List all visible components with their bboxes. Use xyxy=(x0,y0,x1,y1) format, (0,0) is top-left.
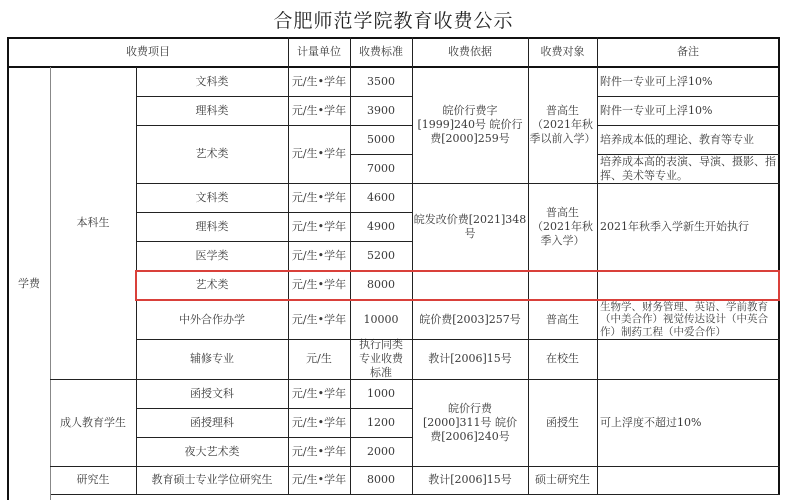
row-basis: 教计[2006]15号 xyxy=(412,339,528,379)
grid-line xyxy=(528,37,529,494)
header-border-bottom xyxy=(8,66,780,68)
grid-line xyxy=(597,37,598,494)
table-border-bottom xyxy=(50,494,780,495)
row-remark: 附件一专业可上浮10% xyxy=(597,96,779,125)
remark-new: 2021年秋季入学新生开始执行 xyxy=(597,183,779,270)
group-graduate: 研究生 xyxy=(50,466,136,494)
grid-line xyxy=(136,67,137,494)
row-standard: 4900 xyxy=(350,212,412,241)
grid-line xyxy=(136,241,412,242)
target-new: 普高生（2021年秋季入学） xyxy=(528,183,597,270)
row-standard: 3900 xyxy=(350,96,412,125)
grid-line xyxy=(136,339,780,340)
header-target: 收费对象 xyxy=(528,37,597,67)
row-target: 普高生 xyxy=(528,300,597,339)
row-name: 教育硕士专业学位研究生 xyxy=(136,466,288,494)
row-unit: 元/生•学年 xyxy=(288,408,350,437)
row-name: 医学类 xyxy=(136,241,288,270)
header-standard: 收费标准 xyxy=(350,37,412,67)
row-name: 函授文科 xyxy=(136,379,288,408)
row-unit: 元/生•学年 xyxy=(288,379,350,408)
row-unit: 元/生•学年 xyxy=(288,183,350,212)
row-name: 中外合作办学 xyxy=(136,300,288,339)
category-tuition: 学费 xyxy=(8,67,50,500)
basis-new: 皖发改价费[2021]348号 xyxy=(412,183,528,270)
grid-line xyxy=(136,125,412,126)
row-unit: 元/生•学年 xyxy=(288,67,350,96)
row-remark: 附件一专业可上浮10% xyxy=(597,67,779,96)
grid-line xyxy=(597,125,780,126)
row-name: 艺术类 xyxy=(136,125,288,183)
header-remark: 备注 xyxy=(597,37,779,67)
basis-adult: 皖价行费[2000]311号 皖价费[2006]240号 xyxy=(412,379,528,466)
row-basis: 教计[2006]15号 xyxy=(412,466,528,494)
grid-line xyxy=(412,37,413,494)
row-name: 文科类 xyxy=(136,67,288,96)
row-target: 硕士研究生 xyxy=(528,466,597,494)
row-standard: 10000 xyxy=(350,300,412,339)
grid-line xyxy=(50,379,780,380)
row-name: 文科类 xyxy=(136,183,288,212)
row-name: 辅修专业 xyxy=(136,339,288,379)
grid-line xyxy=(597,154,780,155)
row-unit: 元/生•学年 xyxy=(288,437,350,466)
table-border-right xyxy=(778,37,780,495)
grid-line xyxy=(597,96,780,97)
grid-line xyxy=(136,408,412,409)
row-name: 理科类 xyxy=(136,96,288,125)
page-title: 合肥师范学院教育收费公示 xyxy=(0,6,787,33)
row-standard: 执行同类专业收费标准 xyxy=(350,339,412,379)
grid-line xyxy=(350,37,351,494)
header-basis: 收费依据 xyxy=(412,37,528,67)
row-unit: 元/生•学年 xyxy=(288,300,350,339)
row-standard: 1000 xyxy=(350,379,412,408)
group-undergrad: 本科生 xyxy=(50,67,136,379)
basis-old: 皖价行费字[1999]240号 皖价行费[2000]259号 xyxy=(412,67,528,183)
row-target: 在校生 xyxy=(528,339,597,379)
row-standard: 8000 xyxy=(350,270,412,300)
row-remark: 培养成本高的表演、导演、摄影、指挥、美术等专业。 xyxy=(597,154,779,183)
row-unit: 元/生•学年 xyxy=(288,125,350,183)
header-unit: 计量单位 xyxy=(288,37,350,67)
grid-line xyxy=(136,300,780,301)
group-adult: 成人教育学生 xyxy=(50,379,136,466)
grid-line xyxy=(350,154,412,155)
remark-adult: 可上浮度不超过10% xyxy=(597,379,779,466)
row-standard: 1200 xyxy=(350,408,412,437)
grid-line xyxy=(136,212,412,213)
row-unit: 元/生 xyxy=(288,339,350,379)
row-unit: 元/生•学年 xyxy=(288,96,350,125)
row-name: 理科类 xyxy=(136,212,288,241)
table-border-left xyxy=(7,37,9,500)
row-standard: 2000 xyxy=(350,437,412,466)
row-standard: 4600 xyxy=(350,183,412,212)
grid-line xyxy=(288,37,289,494)
row-standard: 8000 xyxy=(350,466,412,494)
row-name: 函授理科 xyxy=(136,408,288,437)
grid-line xyxy=(136,96,412,97)
grid-line xyxy=(136,437,412,438)
row-remark: 培养成本低的理论、教育等专业 xyxy=(597,125,779,154)
row-standard: 5200 xyxy=(350,241,412,270)
target-old: 普高生（2021年秋季以前入学） xyxy=(528,67,597,183)
row-standard: 5000 xyxy=(350,125,412,154)
grid-line xyxy=(136,183,780,184)
row-name: 艺术类 xyxy=(136,270,288,300)
row-name: 夜大艺术类 xyxy=(136,437,288,466)
row-basis: 皖价费[2003]257号 xyxy=(412,300,528,339)
row-standard: 7000 xyxy=(350,154,412,183)
header-item: 收费项目 xyxy=(8,37,288,67)
target-adult: 函授生 xyxy=(528,379,597,466)
row-standard: 3500 xyxy=(350,67,412,96)
row-remark: 生物学、财务管理、英语、学前教育（中美合作）视觉传达设计（中英合作）制药工程（中… xyxy=(597,300,779,339)
row-unit: 元/生•学年 xyxy=(288,466,350,494)
table-border-top xyxy=(8,37,780,39)
row-unit: 元/生•学年 xyxy=(288,212,350,241)
grid-line xyxy=(50,466,780,467)
row-unit: 元/生•学年 xyxy=(288,270,350,300)
row-unit: 元/生•学年 xyxy=(288,241,350,270)
grid-line xyxy=(136,270,780,271)
grid-line xyxy=(50,67,51,500)
